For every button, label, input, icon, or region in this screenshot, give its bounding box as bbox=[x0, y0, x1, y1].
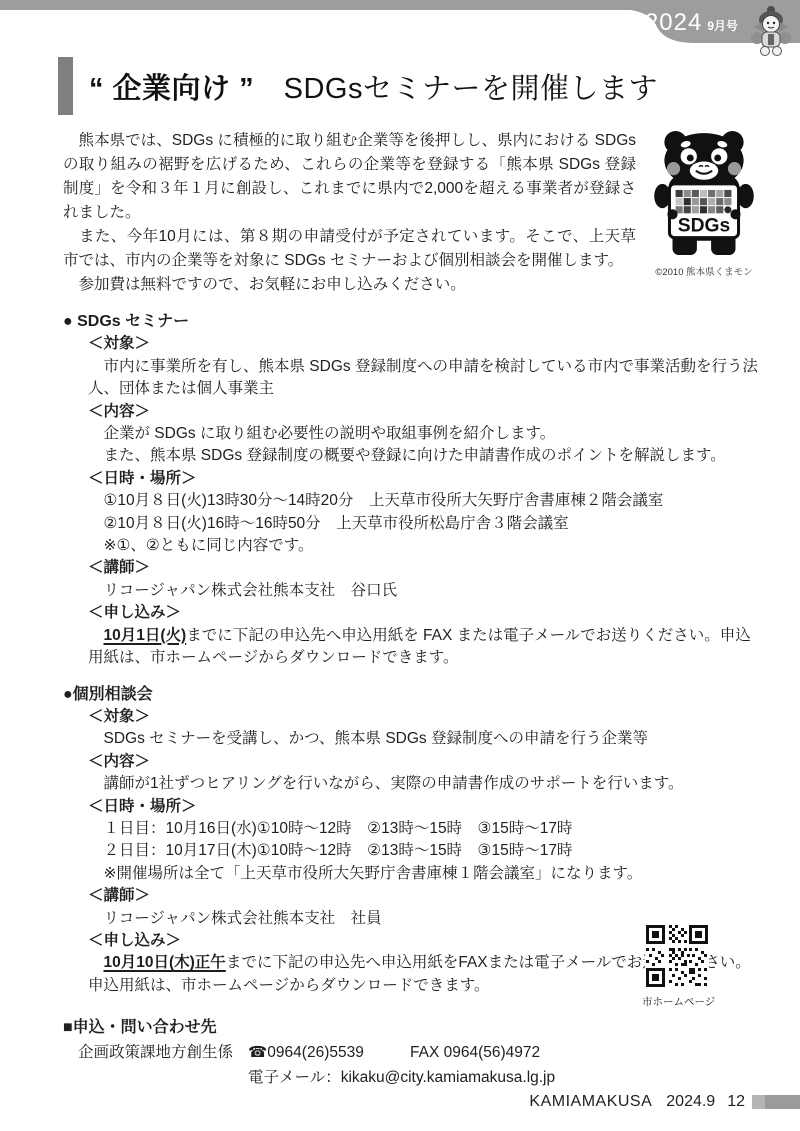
content-text: 講師が1社ずつヒアリングを行いながら、実際の申請書作成のサポートを行います。 bbox=[88, 773, 762, 795]
content-line: また、熊本県 SDGs 登録制度の概要や登録に向けた申請書作成のポイントを解説し… bbox=[88, 445, 762, 467]
section-sdgs-seminar: ● SDGs セミナー ＜対象＞ 市内に事業所を有し、熊本県 SDGs 登録制度… bbox=[63, 311, 762, 670]
contact-section: ■申込・問い合わせ先 企画政策課地方創生係 ☎0964(26)5539 FAX … bbox=[63, 1015, 762, 1090]
apply-deadline: 10月10日(木)正午 bbox=[104, 954, 226, 971]
contact-email: 電子メール：kikaku@city.kamiamakusa.lg.jp bbox=[248, 1065, 762, 1090]
datetime-note: ※開催場所は全て「上天草市役所大矢野庁舎書庫棟１階会議室」になります。 bbox=[88, 863, 762, 885]
target-label: ＜対象＞ bbox=[88, 333, 762, 355]
newsletter-page: 2024 9月号 “ 企業向け ” SDGsセミナーを開催します 熊本県では、S… bbox=[0, 0, 800, 1131]
footer-bar-dark bbox=[765, 1095, 800, 1109]
content-label: ＜内容＞ bbox=[88, 751, 762, 773]
title-quoted-part: “ 企業向け ” bbox=[89, 73, 254, 105]
qr-label: 市ホームページ bbox=[642, 994, 712, 1009]
content-line: 企業が SDGs に取り組む必要性の説明や取組事例を紹介します。 bbox=[88, 423, 762, 445]
contact-heading: ■申込・問い合わせ先 bbox=[63, 1015, 762, 1040]
kumamon-figure: SDGs ©2010 熊本県くまモン bbox=[644, 129, 764, 297]
title-rest: SDGsセミナーを開催します bbox=[254, 73, 658, 105]
qr-block: 市ホームページ bbox=[642, 924, 712, 1009]
page-title: “ 企業向け ” SDGsセミナーを開催します bbox=[58, 57, 800, 115]
apply-deadline: 10月1日(火) bbox=[104, 627, 187, 644]
content-label: ＜内容＞ bbox=[88, 401, 762, 423]
apply-label: ＜申し込み＞ bbox=[88, 602, 762, 624]
title-accent-bar bbox=[58, 57, 73, 115]
kumamon-board-label: SDGs bbox=[678, 216, 731, 237]
contact-fax: FAX 0964(56)4972 bbox=[410, 1040, 540, 1065]
target-text: SDGs セミナーを受講し、かつ、熊本県 SDGs 登録制度への申請を行う企業等 bbox=[88, 728, 762, 750]
footer-bar-light bbox=[752, 1095, 765, 1109]
datetime-label: ＜日時・場所＞ bbox=[88, 796, 762, 818]
issue-year: 2024 bbox=[645, 9, 702, 37]
intro-paragraph: 参加費は無料ですので、お気軽にお申し込みください。 bbox=[63, 273, 636, 297]
lecturer-label: ＜講師＞ bbox=[88, 885, 762, 907]
sdgs-grid bbox=[676, 190, 732, 213]
kumamon-illustration: SDGs bbox=[648, 129, 760, 257]
lecturer-label: ＜講師＞ bbox=[88, 557, 762, 579]
intro-paragraph: また、今年10月には、第８期の申請受付が予定されています。そこで、上天草市では、… bbox=[63, 225, 636, 273]
page-footer: KAMIAMAKUSA 2024.9 12 bbox=[529, 1093, 800, 1111]
datetime-note: ※①、②ともに同じ内容です。 bbox=[88, 535, 762, 557]
issue-month: 9月号 bbox=[707, 17, 738, 34]
datetime-line: ②10月８日(火)16時～16時50分 上天草市役所松島庁舎３階会議室 bbox=[88, 513, 762, 535]
intro-paragraph: 熊本県では、SDGs に積極的に取り組む企業等を後押しし、県内における SDGs… bbox=[63, 129, 636, 225]
footer-page-number: 12 bbox=[727, 1093, 745, 1111]
datetime-line: １日目：10月16日(水)①10時～12時 ②13時～15時 ③15時～17時 bbox=[88, 818, 762, 840]
lecturer-text: リコージャパン株式会社熊本支社 谷口氏 bbox=[88, 580, 762, 602]
apply-text: 10月1日(火)までに下記の申込先へ申込用紙を FAX または電子メールでお送り… bbox=[88, 625, 762, 670]
section-heading: ●個別相談会 bbox=[63, 684, 762, 706]
contact-department: 企画政策課地方創生係 bbox=[78, 1040, 248, 1065]
section-heading: ● SDGs セミナー bbox=[63, 311, 762, 333]
contact-line: 企画政策課地方創生係 ☎0964(26)5539 FAX 0964(56)497… bbox=[78, 1040, 762, 1065]
datetime-line: ①10月８日(火)13時30分～14時20分 上天草市役所大矢野庁舎書庫棟２階会… bbox=[88, 490, 762, 512]
target-text: 市内に事業所を有し、熊本県 SDGs 登録制度への申請を検討している市内で事業活… bbox=[88, 356, 762, 401]
datetime-line: ２日目：10月17日(木)①10時～12時 ②13時～15時 ③15時～17時 bbox=[88, 840, 762, 862]
datetime-label: ＜日時・場所＞ bbox=[88, 468, 762, 490]
target-label: ＜対象＞ bbox=[88, 706, 762, 728]
issue-date: 2024 9月号 bbox=[645, 9, 738, 37]
kumamon-caption: ©2010 熊本県くまモン bbox=[644, 264, 764, 278]
intro-block: 熊本県では、SDGs に積極的に取り組む企業等を後押しし、県内における SDGs… bbox=[63, 129, 764, 297]
apply-body: までに下記の申込先へ申込用紙を FAX または電子メールでお送りください。申込用… bbox=[88, 627, 751, 666]
footer-brand: KAMIAMAKUSA bbox=[529, 1093, 652, 1111]
page-title-text: “ 企業向け ” SDGsセミナーを開催します bbox=[89, 66, 658, 107]
intro-paragraphs: 熊本県では、SDGs に積極的に取り組む企業等を後押しし、県内における SDGs… bbox=[63, 129, 636, 297]
qr-code bbox=[645, 924, 709, 988]
samurai-mascot-icon bbox=[748, 5, 794, 57]
contact-phone: ☎0964(26)5539 bbox=[248, 1040, 380, 1065]
footer-issue-date: 2024.9 bbox=[666, 1093, 715, 1111]
